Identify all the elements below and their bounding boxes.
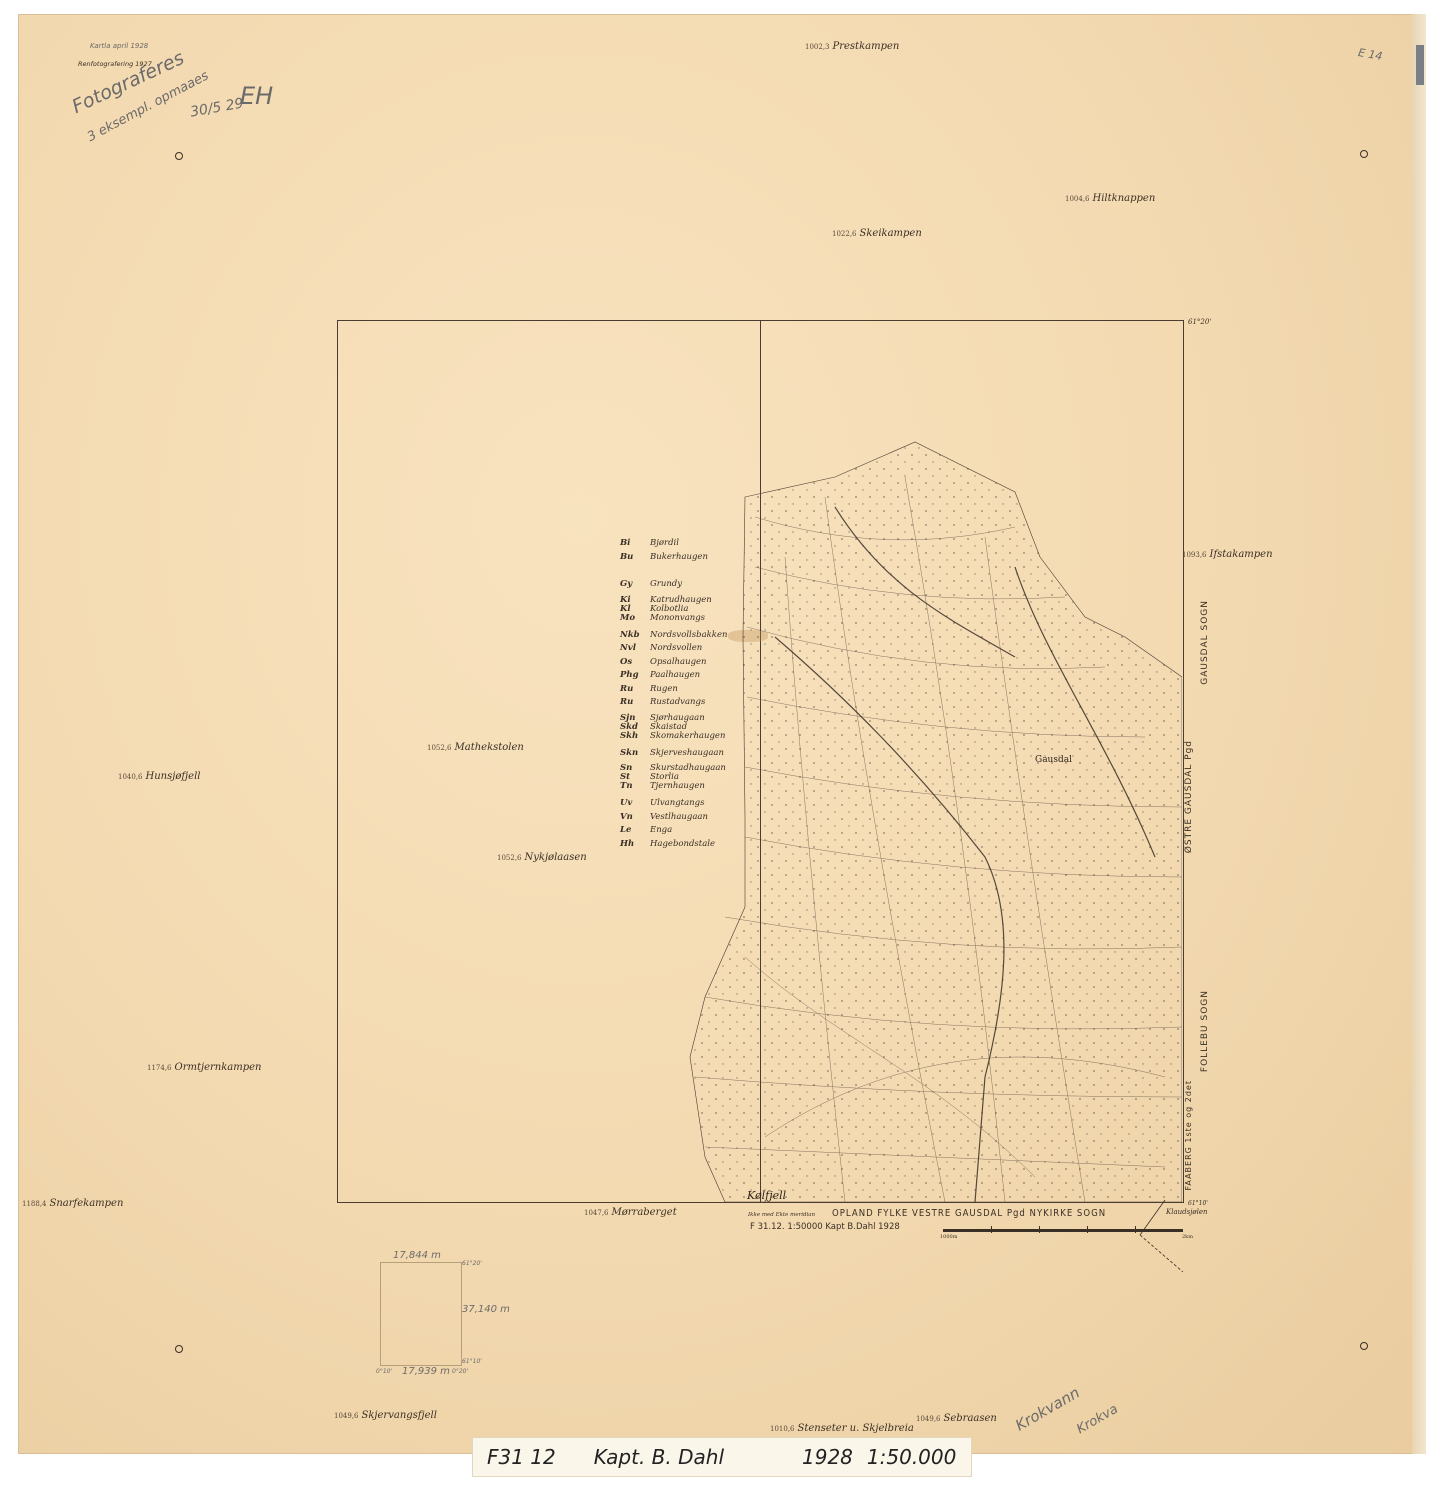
inset-corner-br: 61°10' xyxy=(462,1358,482,1365)
footer-code: F 31.12. 1:50000 Kapt B.Dahl 1928 xyxy=(750,1222,900,1232)
footer-title: OPLAND FYLKE VESTRE GAUSDAL Pgd NYKIRKE … xyxy=(832,1208,1106,1219)
note-date: Kartla april 1928 xyxy=(90,42,148,50)
peak-label: 1002,3Prestkampen xyxy=(805,41,899,52)
inset-corner-tr: 61°20' xyxy=(462,1260,482,1267)
side-label: FOLLEBU SOGN xyxy=(1200,990,1210,1072)
town-label: Gausdal xyxy=(1035,755,1072,765)
inset-corner-b: 0°20' xyxy=(452,1368,468,1375)
peak-label: 1049,6Sebraasen xyxy=(916,1413,997,1424)
corner-mark-icon xyxy=(1360,1342,1368,1350)
peak-label: 1174,6Ormtjernkampen xyxy=(147,1062,261,1073)
peak-label: 1010,6Stenseter u. Skjelbreia xyxy=(770,1423,914,1434)
corner-mark-icon xyxy=(175,1345,183,1353)
binding-tab xyxy=(1416,45,1424,85)
corner-mark-icon xyxy=(175,152,183,160)
peak-label: 1093,6Ifstakampen xyxy=(1182,549,1273,560)
side-label: ØSTRE GAUSDAL Pgd xyxy=(1184,740,1194,853)
year: 1928 xyxy=(802,1445,853,1469)
meridian-line xyxy=(1125,1200,1195,1275)
scale-left-label: 1000m xyxy=(940,1234,957,1240)
corner-mark-icon xyxy=(1360,150,1368,158)
inset-top: 17,844 m xyxy=(393,1250,441,1261)
footer-note: Ikke med Ekte meridian xyxy=(748,1212,815,1218)
scale: 1:50.000 xyxy=(867,1445,956,1469)
side-label: FAABERG 1ste og 2det xyxy=(1184,1080,1193,1190)
peak-label: 1022,6Skeikampen xyxy=(832,228,922,239)
peak-label: 1049,6Skjervangsfjell xyxy=(334,1410,437,1421)
peak-label: 1047,6Mørraberget xyxy=(584,1207,677,1218)
peak-label: 1188,4Snarfekampen xyxy=(22,1198,123,1209)
side-label: GAUSDAL SOGN xyxy=(1200,600,1210,685)
note-initials: EH xyxy=(240,82,273,110)
place-label: Kølfjell xyxy=(746,1189,787,1202)
inset-diagram xyxy=(380,1262,462,1366)
peak-label: 1040,6Hunsjøfjell xyxy=(118,771,200,782)
catalog-label: F31 12 Kapt. B. Dahl 1928 1:50.000 xyxy=(472,1437,972,1477)
inset-corner-bl: 0°10' xyxy=(376,1368,392,1375)
inset-bottom: 17,939 m xyxy=(402,1366,450,1377)
sheet-edge xyxy=(1412,14,1426,1454)
peak-label: 1004,6Hiltknappen xyxy=(1065,193,1155,204)
inset-right: 37,140 m xyxy=(462,1304,510,1315)
terrain-map: Gausdal Kølfjell xyxy=(685,437,1182,1202)
corner-coordinate: 61°20' xyxy=(1188,318,1211,326)
sheet-number: F31 12 xyxy=(487,1445,556,1469)
author: Kapt. B. Dahl xyxy=(594,1445,724,1469)
